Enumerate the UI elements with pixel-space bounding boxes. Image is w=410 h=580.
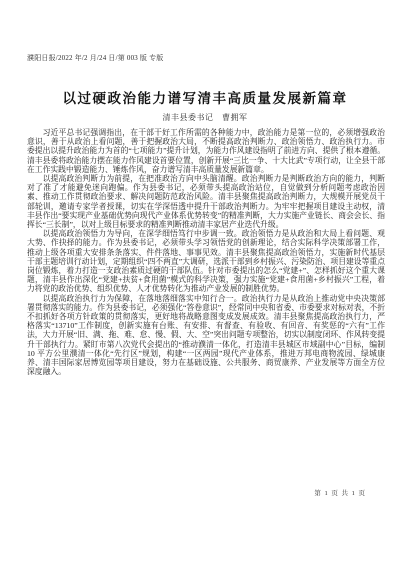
article-paragraph: 以提高政治判断力为前提，在把准政治方向中头脑清醒。政治判断力是判断政治方向的能力…	[27, 174, 385, 229]
article-paragraph: 习近平总书记强调指出，在干部干好工作所需的各种能力中，政治能力是第一位的，必须增…	[27, 128, 385, 174]
article-title: 以过硬政治能力谱写清丰高质量发展新篇章	[0, 87, 410, 107]
article-paragraph: 以提高政治领悟力为导向，在深学细悟笃行中步调一致。政治领悟力是从政治和大局上看问…	[27, 229, 385, 293]
article-byline: 清丰县委书记 曹拥军	[0, 112, 410, 123]
document-page: 濮阳日报/2022 年/2 月/24 日/第 003 版 专版 以过硬政治能力谱…	[0, 0, 410, 580]
article-body: 习近平总书记强调指出，在干部干好工作所需的各种能力中，政治能力是第一位的，必须增…	[27, 128, 385, 376]
page-number: 第 1 页 共 1 页	[314, 488, 366, 497]
article-paragraph: 以提高政治执行力为保障，在落地落细落实中知行合一。政治执行力是从政治上推动党中央…	[27, 294, 385, 377]
masthead-source-line: 濮阳日报/2022 年/2 月/24 日/第 003 版 专版	[27, 53, 207, 63]
